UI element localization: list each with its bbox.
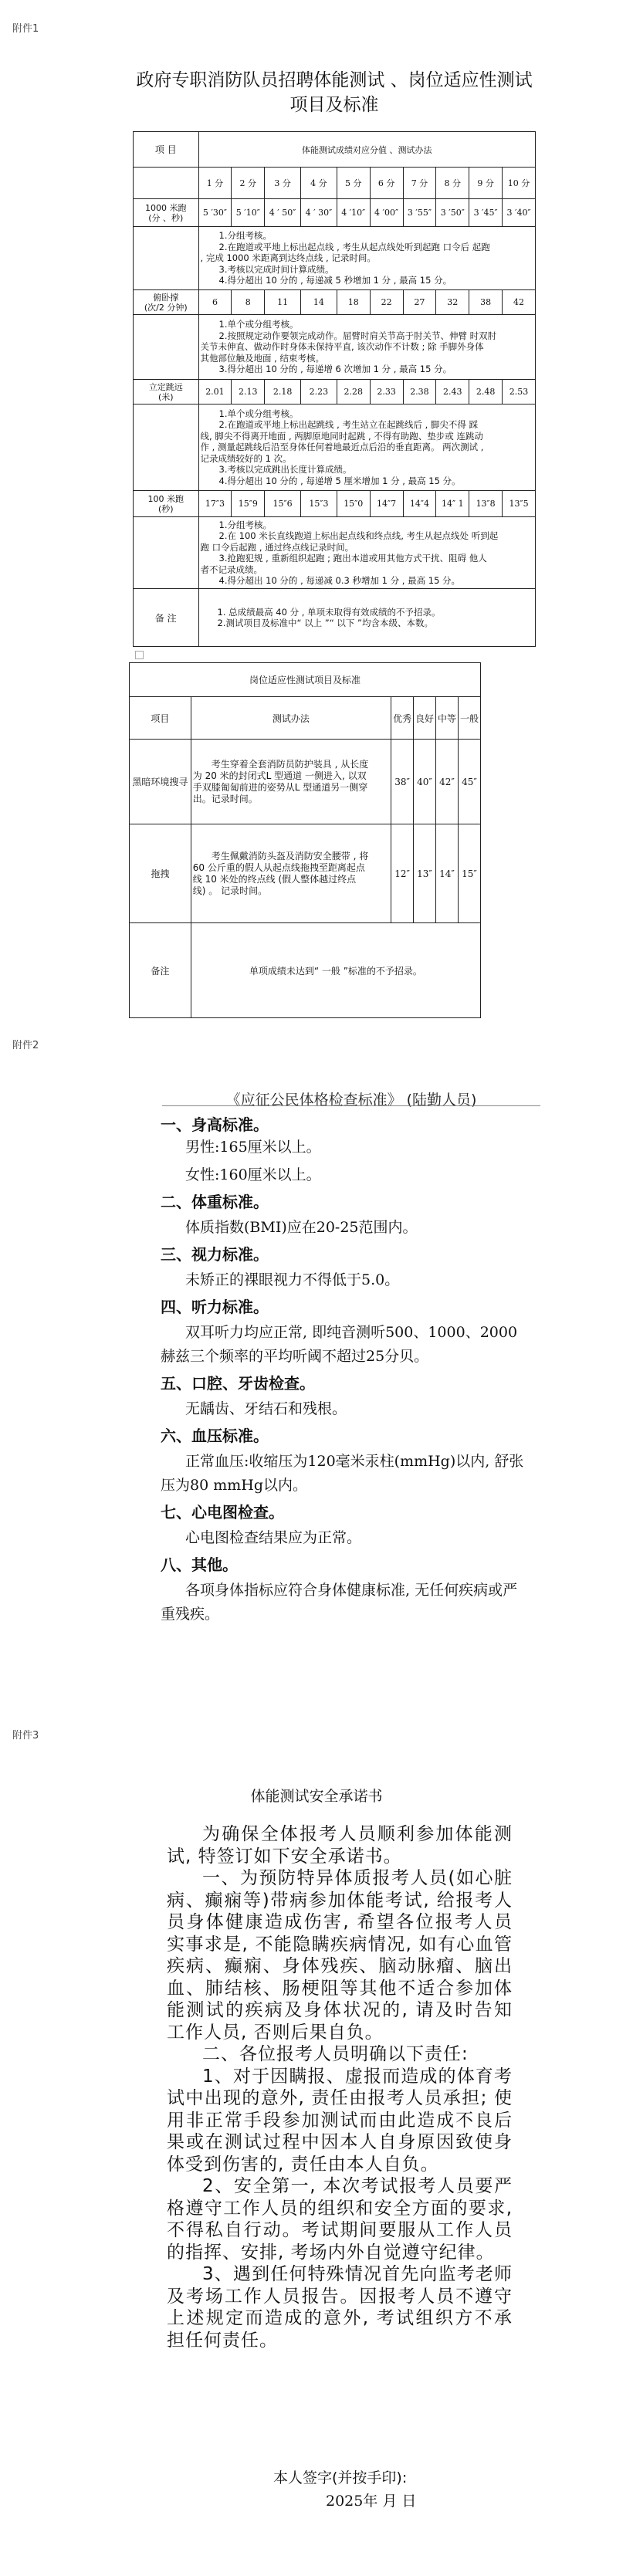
job-adaptability-table: 岗位适应性测试项目及标准 项目 测试办法 优秀 良好 中等 一般 黑暗环境搜寻 … <box>129 662 481 1018</box>
document-title: 政府专职消防队员招聘体能测试 、岗位适应性测试 项目及标准 <box>133 68 536 117</box>
header-cell: 中等 <box>436 697 459 740</box>
section-other: 八、其他。 各项身体指标应符合身体健康标准, 无任何疾病或严重残疾。 <box>161 1555 531 1627</box>
method-row: 1.分组考核。 2.在跑道或平地上标出起点线 , 考生从起点线处听到起跑 口令后… <box>134 227 536 290</box>
remarks-label: 备注 <box>130 923 191 1018</box>
grade-value: 42″ <box>436 740 459 824</box>
header-scores: 体能测试成绩对应分值 、测试办法 <box>198 132 535 168</box>
score-value: 2.33 <box>370 380 403 405</box>
section-dental: 五、口腔、牙齿检查。 无龋齿、牙结石和残根。 <box>161 1373 531 1421</box>
score-value: 15″6 <box>265 491 301 517</box>
table-row: 俯卧撑 (次/2 分钟) 6 8 11 14 18 22 27 32 38 42 <box>134 290 536 315</box>
score-col: 3 分 <box>265 168 301 199</box>
grade-value: 38″ <box>391 740 414 824</box>
score-value: 38 <box>469 290 503 315</box>
grade-value: 40″ <box>414 740 436 824</box>
section-blood-pressure: 六、血压标准。 正常血压:收缩压为120毫米汞柱(mmHg)以内, 舒张压为80… <box>161 1426 531 1498</box>
section-weight: 二、体重标准。 体质指数(BMI)应在20-25范围内。 <box>161 1192 531 1240</box>
score-value: 3 ′50″ <box>436 199 469 227</box>
score-value: 8 <box>232 290 265 315</box>
test-method: 1.单个或分组考核。 2.按照规定动作要领完成动作。屈臂时肩关节高于肘关节、伸臂… <box>198 315 535 380</box>
header-cell: 优秀 <box>391 697 414 740</box>
score-value: 5 ′10″ <box>232 199 265 227</box>
header-item: 项 目 <box>134 132 199 168</box>
method-row: 1.单个或分组考核。 2.在跑道或平地上标出起跳线 , 考生站立在起跳线后 , … <box>134 405 536 491</box>
score-value: 3 ′55″ <box>403 199 436 227</box>
title-divider <box>162 1105 540 1106</box>
score-col: 10 分 <box>503 168 536 199</box>
score-value: 14 <box>301 290 337 315</box>
section-height: 一、身高标准。 男性:165厘米以上。 女性:160厘米以上。 <box>161 1115 531 1187</box>
score-value: 15″3 <box>301 491 337 517</box>
pledge-title: 体能测试安全承诺书 <box>0 1785 633 1806</box>
method-row: 1.分组考核。 2.在 100 米长直线跑道上标出起点线和终点线, 考生从起点线… <box>134 517 536 589</box>
score-value: 42 <box>503 290 536 315</box>
header-cell: 项目 <box>130 697 191 740</box>
score-value: 2.28 <box>337 380 370 405</box>
score-col: 4 分 <box>301 168 337 199</box>
score-value: 18 <box>337 290 370 315</box>
score-col: 7 分 <box>403 168 436 199</box>
pledge-paragraph: 一、为预防特异体质报考人员(如心脏病、癫痫等)带病参加体能考试, 给报考人员身体… <box>167 1867 513 2043</box>
test-method: 考生穿着全套消防员防护装具 , 从长度 为 20 米的封闭式L 型通道 一侧进入… <box>191 740 391 824</box>
score-col: 6 分 <box>370 168 403 199</box>
table-row: 1000 米跑 (分 、秒) 5 ′30″ 5 ′10″ 4 ′ 50″ 4 ′… <box>134 199 536 227</box>
table2-header-row: 项目 测试办法 优秀 良好 中等 一般 <box>130 697 481 740</box>
remarks-text: 1. 总成绩最高 40 分 , 单项未取得有效成绩的不予招录。 2.测试项目及标… <box>198 589 535 647</box>
grade-value: 13″ <box>414 824 436 923</box>
score-value: 11 <box>265 290 301 315</box>
attachment-1-label: 附件1 <box>12 20 39 35</box>
section-hearing: 四、听力标准。 双耳听力均应正常, 即纯音测听500、1000、2000赫兹三个… <box>161 1297 531 1369</box>
score-value: 2.18 <box>265 380 301 405</box>
pledge-paragraph: 二、各位报考人员明确以下责任: <box>167 2043 513 2066</box>
standards-list: 一、身高标准。 男性:165厘米以上。 女性:160厘米以上。 二、体重标准。 … <box>161 1115 531 1627</box>
test-method: 1.分组考核。 2.在跑道或平地上标出起点线 , 考生从起点线处听到起跑 口令后… <box>198 227 535 290</box>
score-col: 9 分 <box>469 168 503 199</box>
grade-value: 14″ <box>436 824 459 923</box>
title-line-2: 项目及标准 <box>133 93 536 117</box>
pledge-paragraph: 为确保全体报考人员顺利参加体能测试, 特签订如下安全承诺书。 <box>167 1823 513 1867</box>
table-row: 立定跳远 (米) 2.01 2.13 2.18 2.23 2.28 2.33 2… <box>134 380 536 405</box>
score-value: 5 ′30″ <box>198 199 232 227</box>
signature-date: 2025年 月 日 <box>326 2490 416 2513</box>
section-vision: 三、视力标准。 未矫正的裸眼视力不得低于5.0。 <box>161 1244 531 1292</box>
test-method: 1.单个或分组考核。 2.在跑道或平地上标出起跳线 , 考生站立在起跳线后 , … <box>198 405 535 491</box>
score-value: 4 ′ 30″ <box>301 199 337 227</box>
remarks-row: 备注 单项成绩未达到“ 一般 ”标准的不予招录。 <box>130 923 481 1018</box>
score-col: 8 分 <box>436 168 469 199</box>
table-row: 拖拽 考生佩戴消防头盔及消防安全腰带 , 将 60 公斤重的假人从起点线拖拽至距… <box>130 824 481 923</box>
score-value: 2.48 <box>469 380 503 405</box>
score-value: 4 ′00″ <box>370 199 403 227</box>
pledge-paragraph: 1、对于因瞒报、虚报而造成的体育考试中出现的意外, 责任由报考人员承担; 使用非… <box>167 2066 513 2176</box>
score-value: 15″0 <box>337 491 370 517</box>
remarks-label: 备 注 <box>134 589 199 647</box>
attachment-2-label: 附件2 <box>12 1037 39 1051</box>
score-value: 14″4 <box>403 491 436 517</box>
score-value: 32 <box>436 290 469 315</box>
score-value: 14″7 <box>370 491 403 517</box>
score-value: 13″5 <box>503 491 536 517</box>
item-label: 俯卧撑 (次/2 分钟) <box>134 290 199 315</box>
table2-title: 岗位适应性测试项目及标准 <box>130 663 481 697</box>
pledge-body: 为确保全体报考人员顺利参加体能测试, 特签订如下安全承诺书。 一、为预防特异体质… <box>167 1823 513 2351</box>
signature-line: 本人签字(并按手印): <box>273 2467 407 2490</box>
score-value: 27 <box>403 290 436 315</box>
score-value: 3 ′40″ <box>503 199 536 227</box>
header-cell: 良好 <box>414 697 436 740</box>
score-value: 22 <box>370 290 403 315</box>
score-value: 2.43 <box>436 380 469 405</box>
pledge-paragraph: 3、遇到任何特殊情况首先向监考老师及考场工作人员报告。因报考人员不遵守上述规定而… <box>167 2263 513 2351</box>
score-col: 5 分 <box>337 168 370 199</box>
physical-test-table: 项 目 体能测试成绩对应分值 、测试办法 1 分 2 分 3 分 4 分 5 分… <box>133 131 536 647</box>
remarks-text: 单项成绩未达到“ 一般 ”标准的不予招录。 <box>191 923 480 1018</box>
score-value: 4 ′10″ <box>337 199 370 227</box>
score-value: 3 ′45″ <box>469 199 503 227</box>
header-cell: 一般 <box>459 697 481 740</box>
item-label: 立定跳远 (米) <box>134 380 199 405</box>
grade-value: 12″ <box>391 824 414 923</box>
score-col: 1 分 <box>198 168 232 199</box>
item-label: 100 米跑 (秒) <box>134 491 199 517</box>
score-value: 2.53 <box>503 380 536 405</box>
title-line-1: 政府专职消防队员招聘体能测试 、岗位适应性测试 <box>133 68 536 93</box>
score-col: 2 分 <box>232 168 265 199</box>
score-value: 13″8 <box>469 491 503 517</box>
test-method: 1.分组考核。 2.在 100 米长直线跑道上标出起点线和终点线, 考生从起点线… <box>198 517 535 589</box>
item-label: 黑暗环境搜寻 <box>130 740 191 824</box>
item-label: 拖拽 <box>130 824 191 923</box>
score-value: 2.01 <box>198 380 232 405</box>
score-value: 4 ′ 50″ <box>265 199 301 227</box>
score-value: 2.23 <box>301 380 337 405</box>
table-row: 100 米跑 (秒) 17″3 15″9 15″6 15″3 15″0 14″7… <box>134 491 536 517</box>
score-header-row: 1 分 2 分 3 分 4 分 5 分 6 分 7 分 8 分 9 分 10 分 <box>134 168 536 199</box>
score-value: 2.38 <box>403 380 436 405</box>
section-ecg: 七、心电图检查。 心电图检查结果应为正常。 <box>161 1502 531 1550</box>
remarks-row: 备 注 1. 总成绩最高 40 分 , 单项未取得有效成绩的不予招录。 2.测试… <box>134 589 536 647</box>
table-row: 黑暗环境搜寻 考生穿着全套消防员防护装具 , 从长度 为 20 米的封闭式L 型… <box>130 740 481 824</box>
pledge-paragraph: 2、安全第一, 本次考试报考人员要严格遵守工作人员的组织和安全方面的要求, 不得… <box>167 2175 513 2263</box>
score-value: 15″9 <box>232 491 265 517</box>
item-label: 1000 米跑 (分 、秒) <box>134 199 199 227</box>
grade-value: 15″ <box>459 824 481 923</box>
placeholder-checkbox-icon <box>135 651 144 659</box>
score-value: 17″3 <box>198 491 232 517</box>
attachment-3-label: 附件3 <box>12 1727 39 1742</box>
grade-value: 45″ <box>459 740 481 824</box>
method-row: 1.单个或分组考核。 2.按照规定动作要领完成动作。屈臂时肩关节高于肘关节、伸臂… <box>134 315 536 380</box>
header-cell: 测试办法 <box>191 697 391 740</box>
score-value: 2.13 <box>232 380 265 405</box>
score-value: 6 <box>198 290 232 315</box>
test-method: 考生佩戴消防头盔及消防安全腰带 , 将 60 公斤重的假人从起点线拖拽至距离起点… <box>191 824 391 923</box>
score-value: 14″ 1 <box>436 491 469 517</box>
